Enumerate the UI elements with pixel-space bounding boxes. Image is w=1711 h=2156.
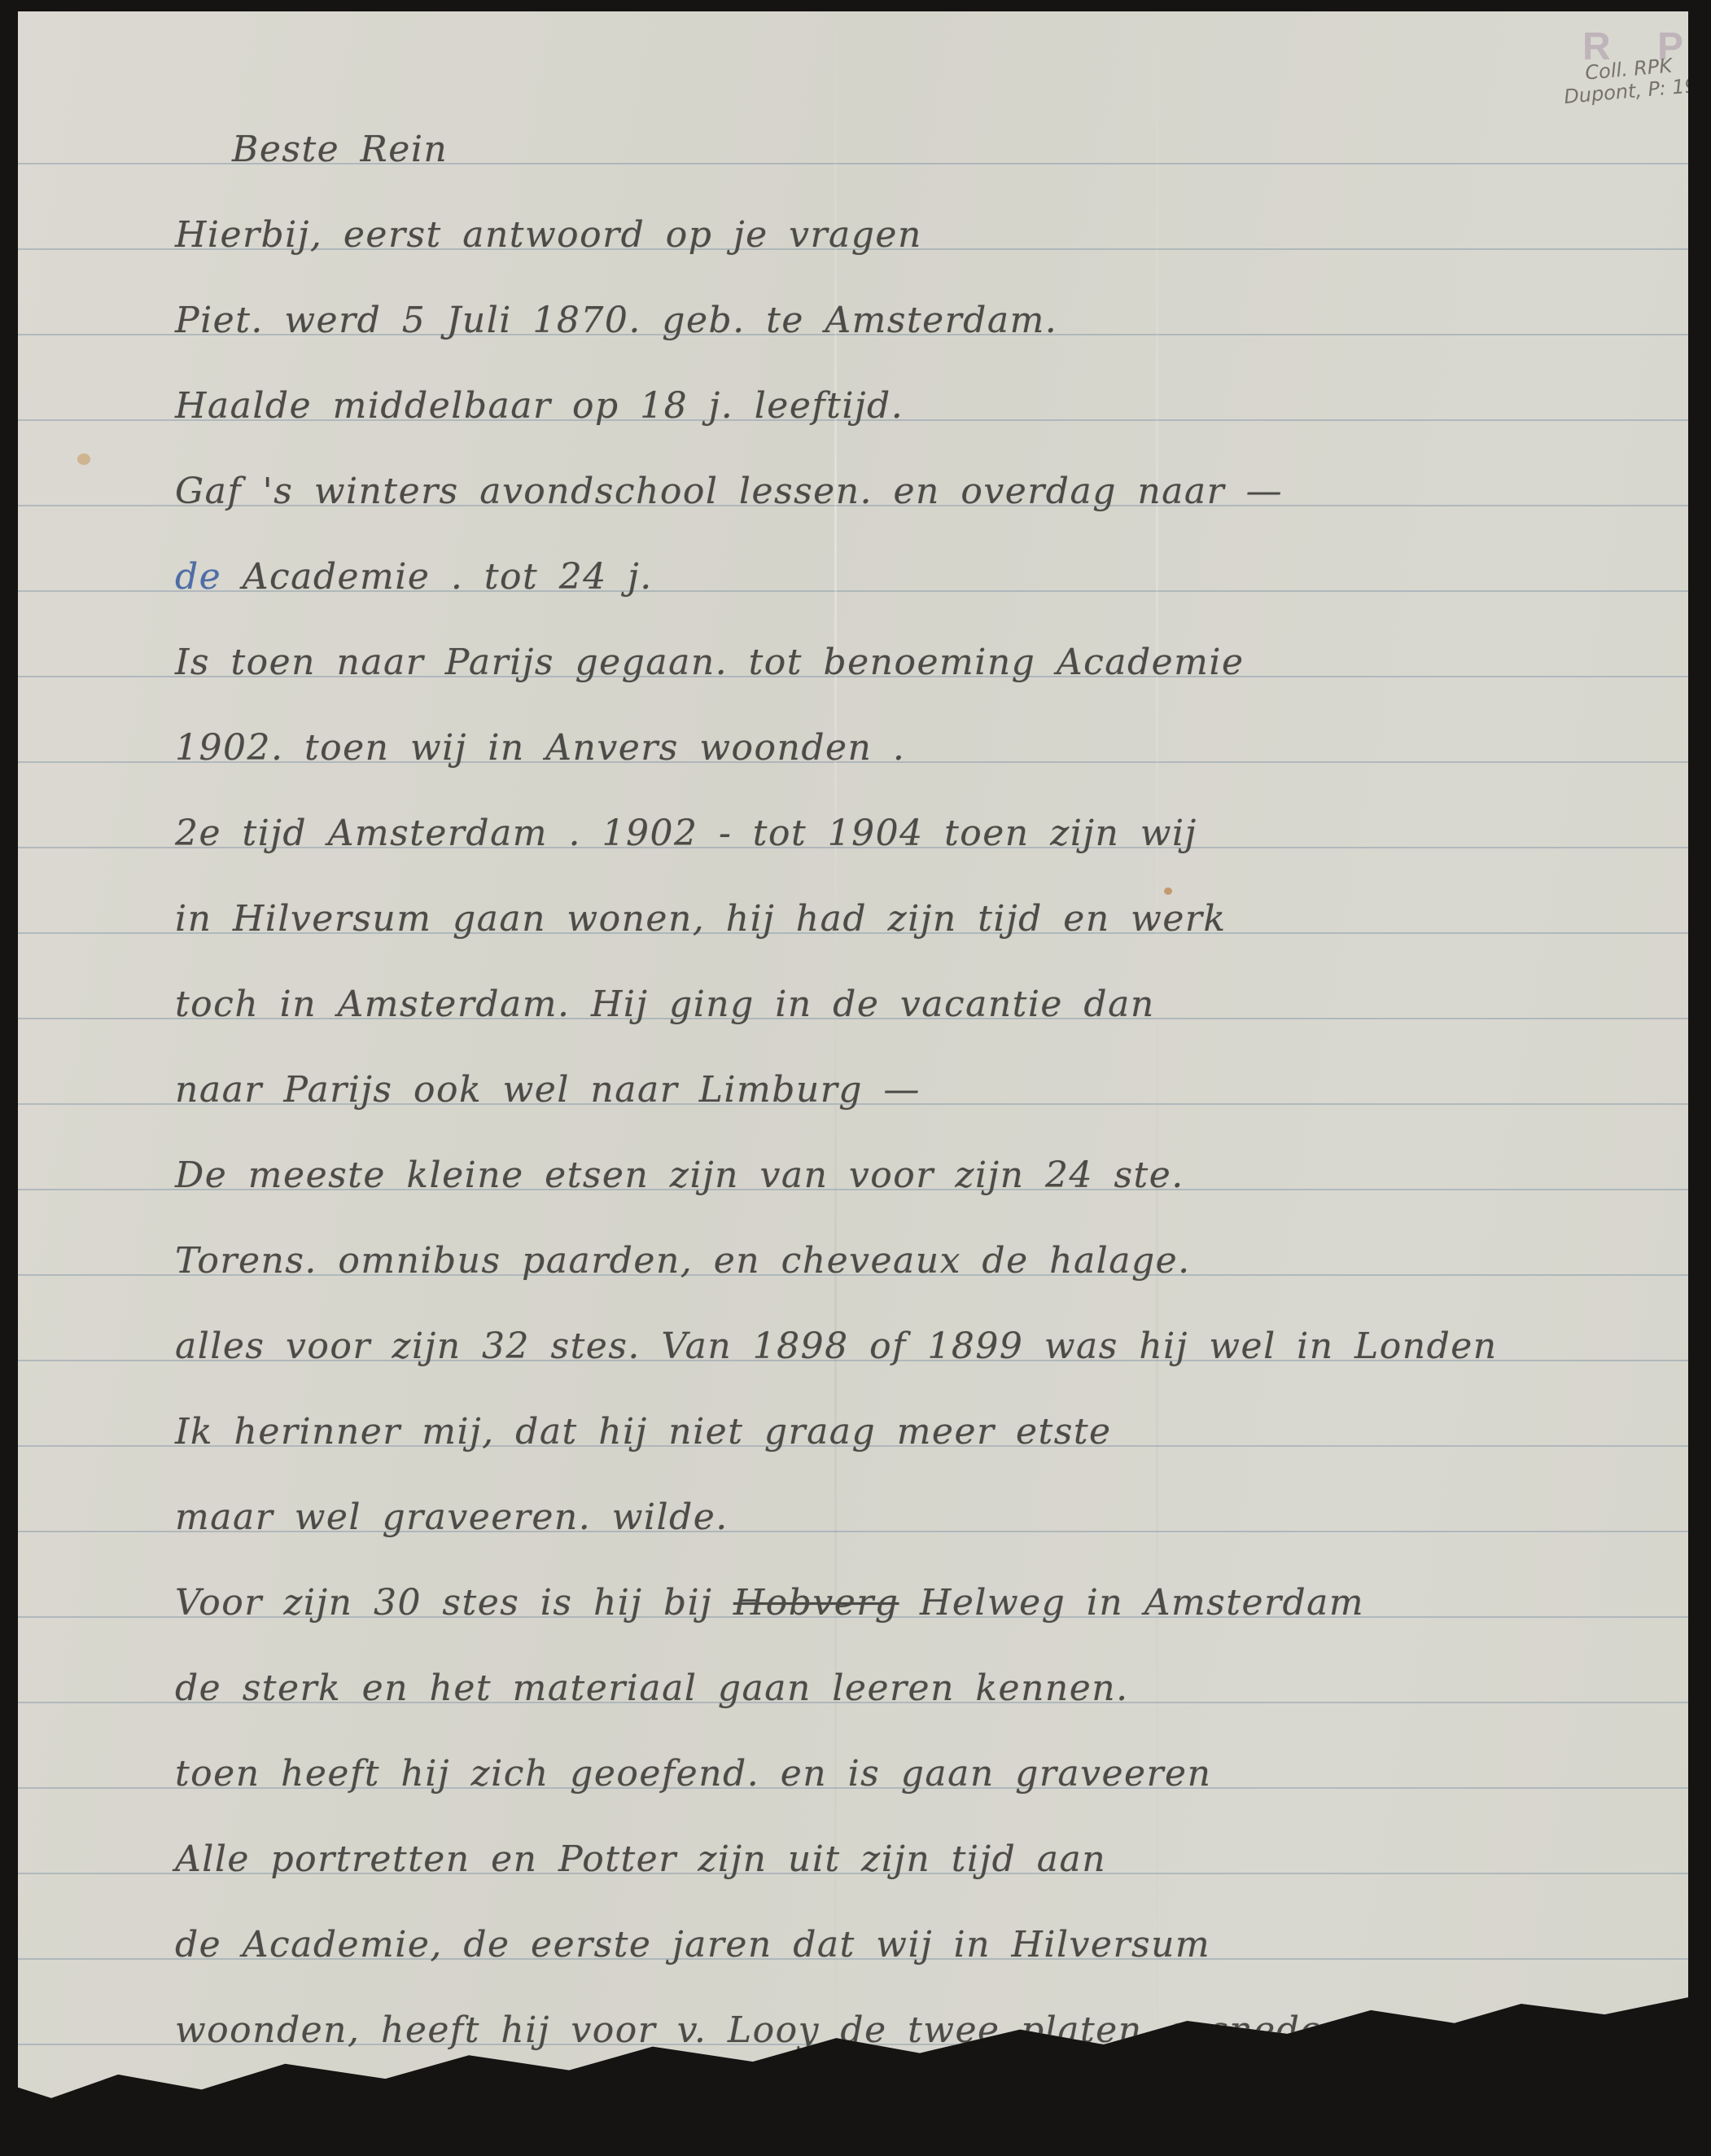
letter-line-text: Voor zijn 30 stes is hij bij [175,1582,733,1624]
letter-line-text: Helweg in Amsterdam [899,1582,1364,1624]
letter-line: maar wel graveeren. wilde. [18,1475,1688,1560]
letter-line-text: 1902. toen wij in Anvers woonden . [175,727,905,769]
struck-through-word: Hobverg [733,1582,899,1624]
letter-line: de Academie . tot 24 j. [18,534,1688,620]
letter-line-text: Gaf 's winters avondschool lessen. en ov… [175,471,1283,512]
letter-line: toen heeft hij zich geoefend. en is gaan… [18,1731,1688,1816]
letter-line-text: naar Parijs ook wel naar Limburg — [175,1069,921,1111]
letter-line: Voor zijn 30 stes is hij bij Hobverg Hel… [18,1560,1688,1645]
letter-line: Piet. werd 5 Juli 1870. geb. te Amsterda… [18,278,1688,363]
letter-line: in Hilversum gaan wonen, hij had zijn ti… [18,876,1688,962]
letter-line: de sterk en het materiaal gaan leeren ke… [18,1645,1688,1731]
blue-pencil-word: de [175,556,221,598]
letter-line-text: Alle portretten en Potter zijn uit zijn … [175,1838,1106,1880]
letter-line-text: woonden, heeft hij voor v. Looy de twee … [175,2009,1347,2051]
letter-line: Alle portretten en Potter zijn uit zijn … [18,1816,1688,1902]
letter-line-text: in Hilversum gaan wonen, hij had zijn ti… [175,898,1227,940]
letter-line: toch in Amsterdam. Hij ging in de vacant… [18,962,1688,1047]
letter-line: Is toen naar Parijs gegaan. tot benoemin… [18,620,1688,705]
letter-page: R P K Coll. RPK Dupont, P: 19 Beste Rein… [18,11,1688,2156]
letter-line: alles voor zijn 32 stes. Van 1898 of 189… [18,1304,1688,1389]
scanned-letter-screenshot: { "page": { "background_color": "#161412… [0,0,1711,2156]
handwritten-text: Beste Rein Hierbij, eerst antwoord op je… [18,107,1688,2073]
letter-line-text: maar wel graveeren. wilde. [175,1496,729,1538]
letter-line: naar Parijs ook wel naar Limburg — [18,1047,1688,1133]
letter-line-text: Torens. omnibus paarden, en cheveaux de … [175,1240,1191,1282]
letter-line: Hierbij, eerst antwoord op je vragen [18,192,1688,278]
collection-note: Coll. RPK Dupont, P: 19 [1561,53,1688,108]
letter-line-text: de Academie, de eerste jaren dat wij in … [175,1924,1210,1965]
letter-line: Ik herinner mij, dat hij niet graag meer… [18,1389,1688,1475]
letter-line-text: Haalde middelbaar op 18 j. leeftijd. [175,385,904,427]
letter-line-text: Ik herinner mij, dat hij niet graag meer… [175,1411,1112,1453]
letter-line: Torens. omnibus paarden, en cheveaux de … [18,1218,1688,1304]
letter-line: De meeste kleine etsen zijn van voor zij… [18,1133,1688,1218]
letter-line-text: de sterk en het materiaal gaan leeren ke… [175,1667,1129,1709]
letter-line-text: toch in Amsterdam. Hij ging in de vacant… [175,984,1155,1025]
letter-line-text: De meeste kleine etsen zijn van voor zij… [175,1155,1184,1196]
letter-line-text: Piet. werd 5 Juli 1870. geb. te Amsterda… [175,300,1057,341]
letter-line-text: 2e tijd Amsterdam . 1902 - tot 1904 toen… [175,813,1197,854]
letter-line-text: Beste Rein [232,129,448,170]
letter-line-salutation: Beste Rein [18,107,1688,192]
letter-line: woonden, heeft hij voor v. Looy de twee … [18,1987,1688,2073]
letter-line-text: Academie . tot 24 j. [221,556,653,598]
letter-line: Gaf 's winters avondschool lessen. en ov… [18,449,1688,534]
letter-line-text: toen heeft hij zich geoefend. en is gaan… [175,1753,1211,1794]
letter-line: Haalde middelbaar op 18 j. leeftijd. [18,363,1688,449]
letter-line-text: alles voor zijn 32 stes. Van 1898 of 189… [175,1326,1498,1367]
letter-line-text: Hierbij, eerst antwoord op je vragen [175,214,922,256]
letter-line-text: Is toen naar Parijs gegaan. tot benoemin… [175,642,1245,683]
letter-line: 1902. toen wij in Anvers woonden . [18,705,1688,791]
letter-line: 2e tijd Amsterdam . 1902 - tot 1904 toen… [18,791,1688,876]
letter-line: de Academie, de eerste jaren dat wij in … [18,1902,1688,1987]
